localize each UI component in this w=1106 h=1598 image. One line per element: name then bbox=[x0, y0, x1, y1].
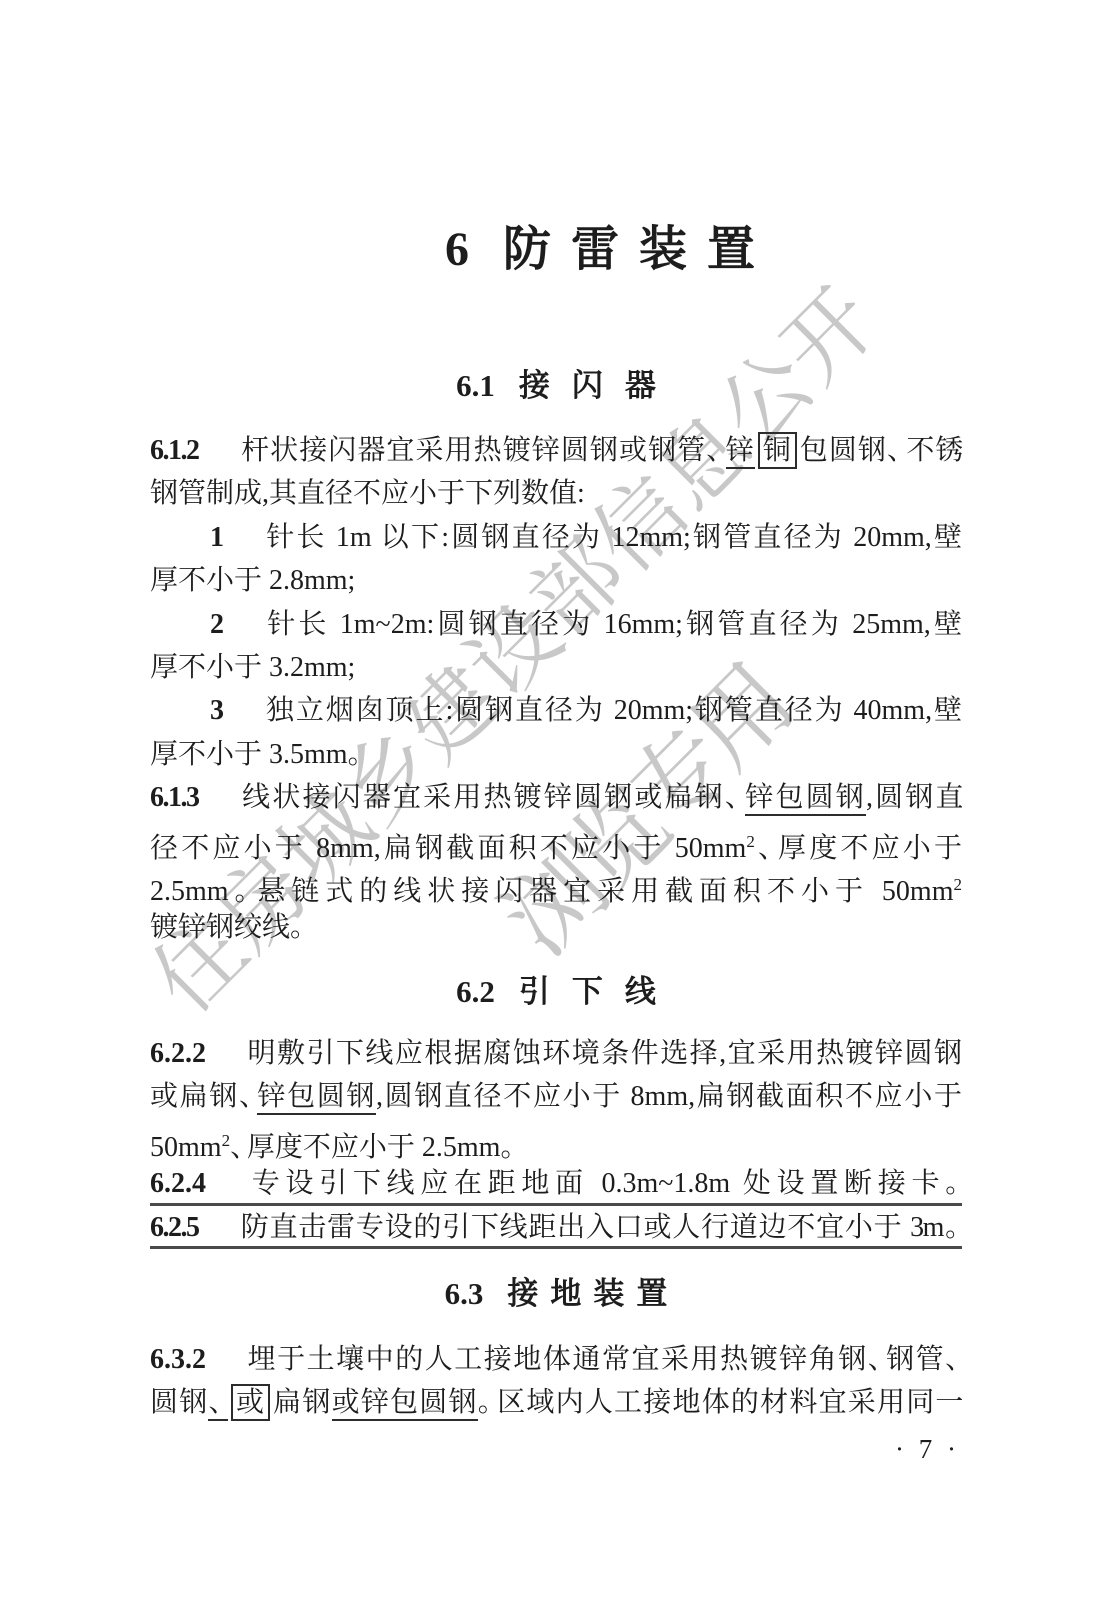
clause-number: 6.2.4 bbox=[150, 1168, 206, 1199]
cjk-punctuation: 、 bbox=[868, 1344, 886, 1375]
text-run: 镀锌钢绞线。 bbox=[150, 912, 307, 943]
text-line: 1针长 1m 以下:圆钢直径为 12mm;钢管直径为 20mm,壁 bbox=[150, 516, 962, 559]
text-run: 径不应小于 8mm,扁钢截面积不应小于 50mm bbox=[150, 833, 746, 863]
chapter-title: 6防雷装置 bbox=[194, 210, 1006, 279]
text-run: 或扁钢、 bbox=[150, 1081, 257, 1112]
cjk-punctuation: 、 bbox=[945, 1344, 962, 1375]
section-heading-number: 6.3 bbox=[445, 1276, 484, 1311]
page-number: · 7 · bbox=[150, 1434, 962, 1465]
text-run: 厚不小于 2.8mm; bbox=[150, 565, 355, 596]
text-line: 圆钢、或扁钢或锌包圆钢。区域内人工接地体的材料宜采用同一 bbox=[150, 1381, 962, 1424]
text-run: 专设引下线应在距地面 0.3m~1.8m 处设置断接卡。 bbox=[246, 1168, 962, 1199]
text-run: 埋于土壤中的人工接地体通常宜采用热镀锌角钢、钢管、 bbox=[246, 1344, 962, 1375]
text-line: 径不应小于 8mm,扁钢截面积不应小于 50mm2、厚度不应小于 bbox=[150, 820, 962, 863]
section-body-2: 6.2.2明敷引下线应根据腐蚀环境条件选择,宜采用热镀锌圆钢或扁钢、锌包圆钢,圆… bbox=[150, 1032, 962, 1249]
text-run: 。区域内人工接地体的材料宜采用同一 bbox=[478, 1387, 962, 1418]
text-run: 包圆钢、不锈 bbox=[800, 435, 962, 466]
section-body-1: 6.1.2杆状接闪器宜采用热镀锌圆钢或钢管、锌铜包圆钢、不锈钢管制成,其直径不应… bbox=[150, 429, 962, 950]
text-run: 防直击雷专设的引下线距出入口或人行道边不宜小于 3m。 bbox=[239, 1212, 963, 1243]
text-line: 厚不小于 3.2mm; bbox=[150, 646, 962, 689]
text-run: 线状接闪器宜采用热镀锌圆钢或扁钢、 bbox=[239, 782, 746, 813]
cjk-punctuation: 、 bbox=[887, 435, 906, 466]
text-run: ,圆钢直径不应小于 8mm,扁钢截面积不应小于 bbox=[376, 1081, 962, 1112]
section-heading-text: 接地装置 bbox=[507, 1276, 679, 1311]
superscript: 2 bbox=[222, 1131, 231, 1150]
text-line: 厚不小于 2.8mm; bbox=[150, 559, 962, 602]
cjk-punctuation: 。 bbox=[290, 912, 307, 943]
section-heading-6-2: 6.2引下线 bbox=[150, 966, 962, 1011]
section-body-3: 6.3.2埋于土壤中的人工接地体通常宜采用热镀锌角钢、钢管、圆钢、或扁钢或锌包圆… bbox=[150, 1338, 962, 1425]
text-run: 杆状接闪器宜采用热镀锌圆钢或钢管、 bbox=[239, 435, 726, 466]
cjk-punctuation: 。 bbox=[348, 739, 365, 770]
underlined-text: 锌包圆钢 bbox=[745, 782, 866, 816]
text-line: 6.2.4专设引下线应在距地面 0.3m~1.8m 处设置断接卡。 bbox=[150, 1162, 962, 1205]
text-line: 6.1.2杆状接闪器宜采用热镀锌圆钢或钢管、锌铜包圆钢、不锈 bbox=[150, 429, 962, 472]
text-run: 、厚度不应小于 2.5mm。 bbox=[230, 1132, 517, 1162]
cjk-punctuation: 。 bbox=[478, 1387, 498, 1418]
section-heading-6-3: 6.3接地装置 bbox=[150, 1268, 962, 1313]
clause-number: 3 bbox=[210, 695, 224, 726]
chapter-number: 6 bbox=[445, 223, 469, 276]
text-line: 镀锌钢绞线。 bbox=[150, 906, 962, 949]
cjk-punctuation: 、 bbox=[230, 1132, 247, 1162]
clause-number: 2 bbox=[210, 609, 224, 640]
text-run: 针长 1m 以下:圆钢直径为 12mm;钢管直径为 20mm,壁 bbox=[264, 522, 962, 553]
cjk-punctuation: 。 bbox=[943, 1212, 962, 1243]
text-line: 或扁钢、锌包圆钢,圆钢直径不应小于 8mm,扁钢截面积不应小于 bbox=[150, 1075, 962, 1118]
text-line: 6.3.2埋于土壤中的人工接地体通常宜采用热镀锌角钢、钢管、 bbox=[150, 1338, 962, 1381]
document-page: 住房城乡建设部信息公开 浏览专用 6防雷装置 6.1接闪器 6.1.2杆状接闪器… bbox=[0, 0, 1106, 1598]
text-line: 3独立烟囱顶上:圆钢直径为 20mm;钢管直径为 40mm,壁 bbox=[150, 689, 962, 732]
chapter-title-text: 防雷装置 bbox=[503, 223, 775, 276]
cjk-punctuation: 、 bbox=[755, 833, 778, 863]
text-run: 圆钢 bbox=[150, 1387, 208, 1418]
underlined-text: 、 bbox=[208, 1387, 228, 1421]
clause-number: 6.3.2 bbox=[150, 1344, 206, 1375]
cjk-punctuation: 、 bbox=[208, 1387, 228, 1418]
text-run: 、厚度不应小于 bbox=[755, 833, 962, 863]
superscript: 2 bbox=[746, 832, 755, 851]
boxed-char: 或 bbox=[231, 1384, 270, 1421]
section-heading-number: 6.1 bbox=[456, 368, 495, 403]
underlined-text: 锌 bbox=[726, 435, 755, 469]
text-run: 针长 1m~2m:圆钢直径为 16mm;钢管直径为 25mm,壁 bbox=[264, 609, 962, 640]
underlined-text: 锌包圆钢 bbox=[257, 1081, 376, 1115]
text-line: 钢管制成,其直径不应小于下列数值: bbox=[150, 472, 962, 515]
section-heading-6-1: 6.1接闪器 bbox=[150, 360, 962, 405]
text-line: 6.2.2明敷引下线应根据腐蚀环境条件选择,宜采用热镀锌圆钢 bbox=[150, 1032, 962, 1075]
text-line: 50mm2、厚度不应小于 2.5mm。 bbox=[150, 1119, 962, 1162]
text-run: 明敷引下线应根据腐蚀环境条件选择,宜采用热镀锌圆钢 bbox=[246, 1038, 962, 1069]
cjk-punctuation: 。 bbox=[945, 1168, 962, 1199]
text-line: 厚不小于 3.5mm。 bbox=[150, 733, 962, 776]
clause-number: 6.2.5 bbox=[150, 1212, 199, 1243]
cjk-punctuation: 、 bbox=[239, 1081, 257, 1112]
cjk-punctuation: 、 bbox=[725, 782, 745, 813]
text-run: 厚不小于 3.5mm。 bbox=[150, 739, 364, 770]
text-line: 6.2.5防直击雷专设的引下线距出入口或人行道边不宜小于 3m。 bbox=[150, 1206, 962, 1249]
text-run: 2.5mm。悬链式的线状接闪器宜采用截面积不小于 50mm bbox=[150, 876, 954, 906]
text-run: 50mm bbox=[150, 1132, 222, 1162]
cjk-punctuation: 。 bbox=[229, 876, 258, 906]
text-line: 6.1.3线状接闪器宜采用热镀锌圆钢或扁钢、锌包圆钢,圆钢直 bbox=[150, 776, 962, 819]
text-run: 钢管制成,其直径不应小于下列数值: bbox=[150, 478, 585, 509]
clause-number: 6.1.2 bbox=[150, 435, 199, 466]
section-heading-number: 6.2 bbox=[456, 974, 495, 1009]
text-run: 厚不小于 3.2mm; bbox=[150, 652, 355, 683]
cjk-punctuation: 。 bbox=[500, 1132, 517, 1162]
superscript: 2 bbox=[954, 875, 963, 894]
text-line: 2针长 1m~2m:圆钢直径为 16mm;钢管直径为 25mm,壁 bbox=[150, 603, 962, 646]
text-run: 独立烟囱顶上:圆钢直径为 20mm;钢管直径为 40mm,壁 bbox=[264, 695, 962, 726]
text-run: 扁钢 bbox=[273, 1387, 331, 1418]
section-heading-text: 引下线 bbox=[519, 974, 678, 1009]
underlined-text: 或锌包圆钢 bbox=[332, 1387, 478, 1421]
boxed-char: 铜 bbox=[758, 432, 797, 469]
text-line: 2.5mm。悬链式的线状接闪器宜采用截面积不小于 50mm2 bbox=[150, 863, 962, 906]
text-run: ,圆钢直 bbox=[866, 782, 962, 813]
clause-number: 6.2.2 bbox=[150, 1038, 206, 1069]
cjk-punctuation: 、 bbox=[706, 435, 725, 466]
clause-number: 6.1.3 bbox=[150, 782, 199, 813]
clause-number: 1 bbox=[210, 522, 224, 553]
section-heading-text: 接闪器 bbox=[519, 368, 678, 403]
